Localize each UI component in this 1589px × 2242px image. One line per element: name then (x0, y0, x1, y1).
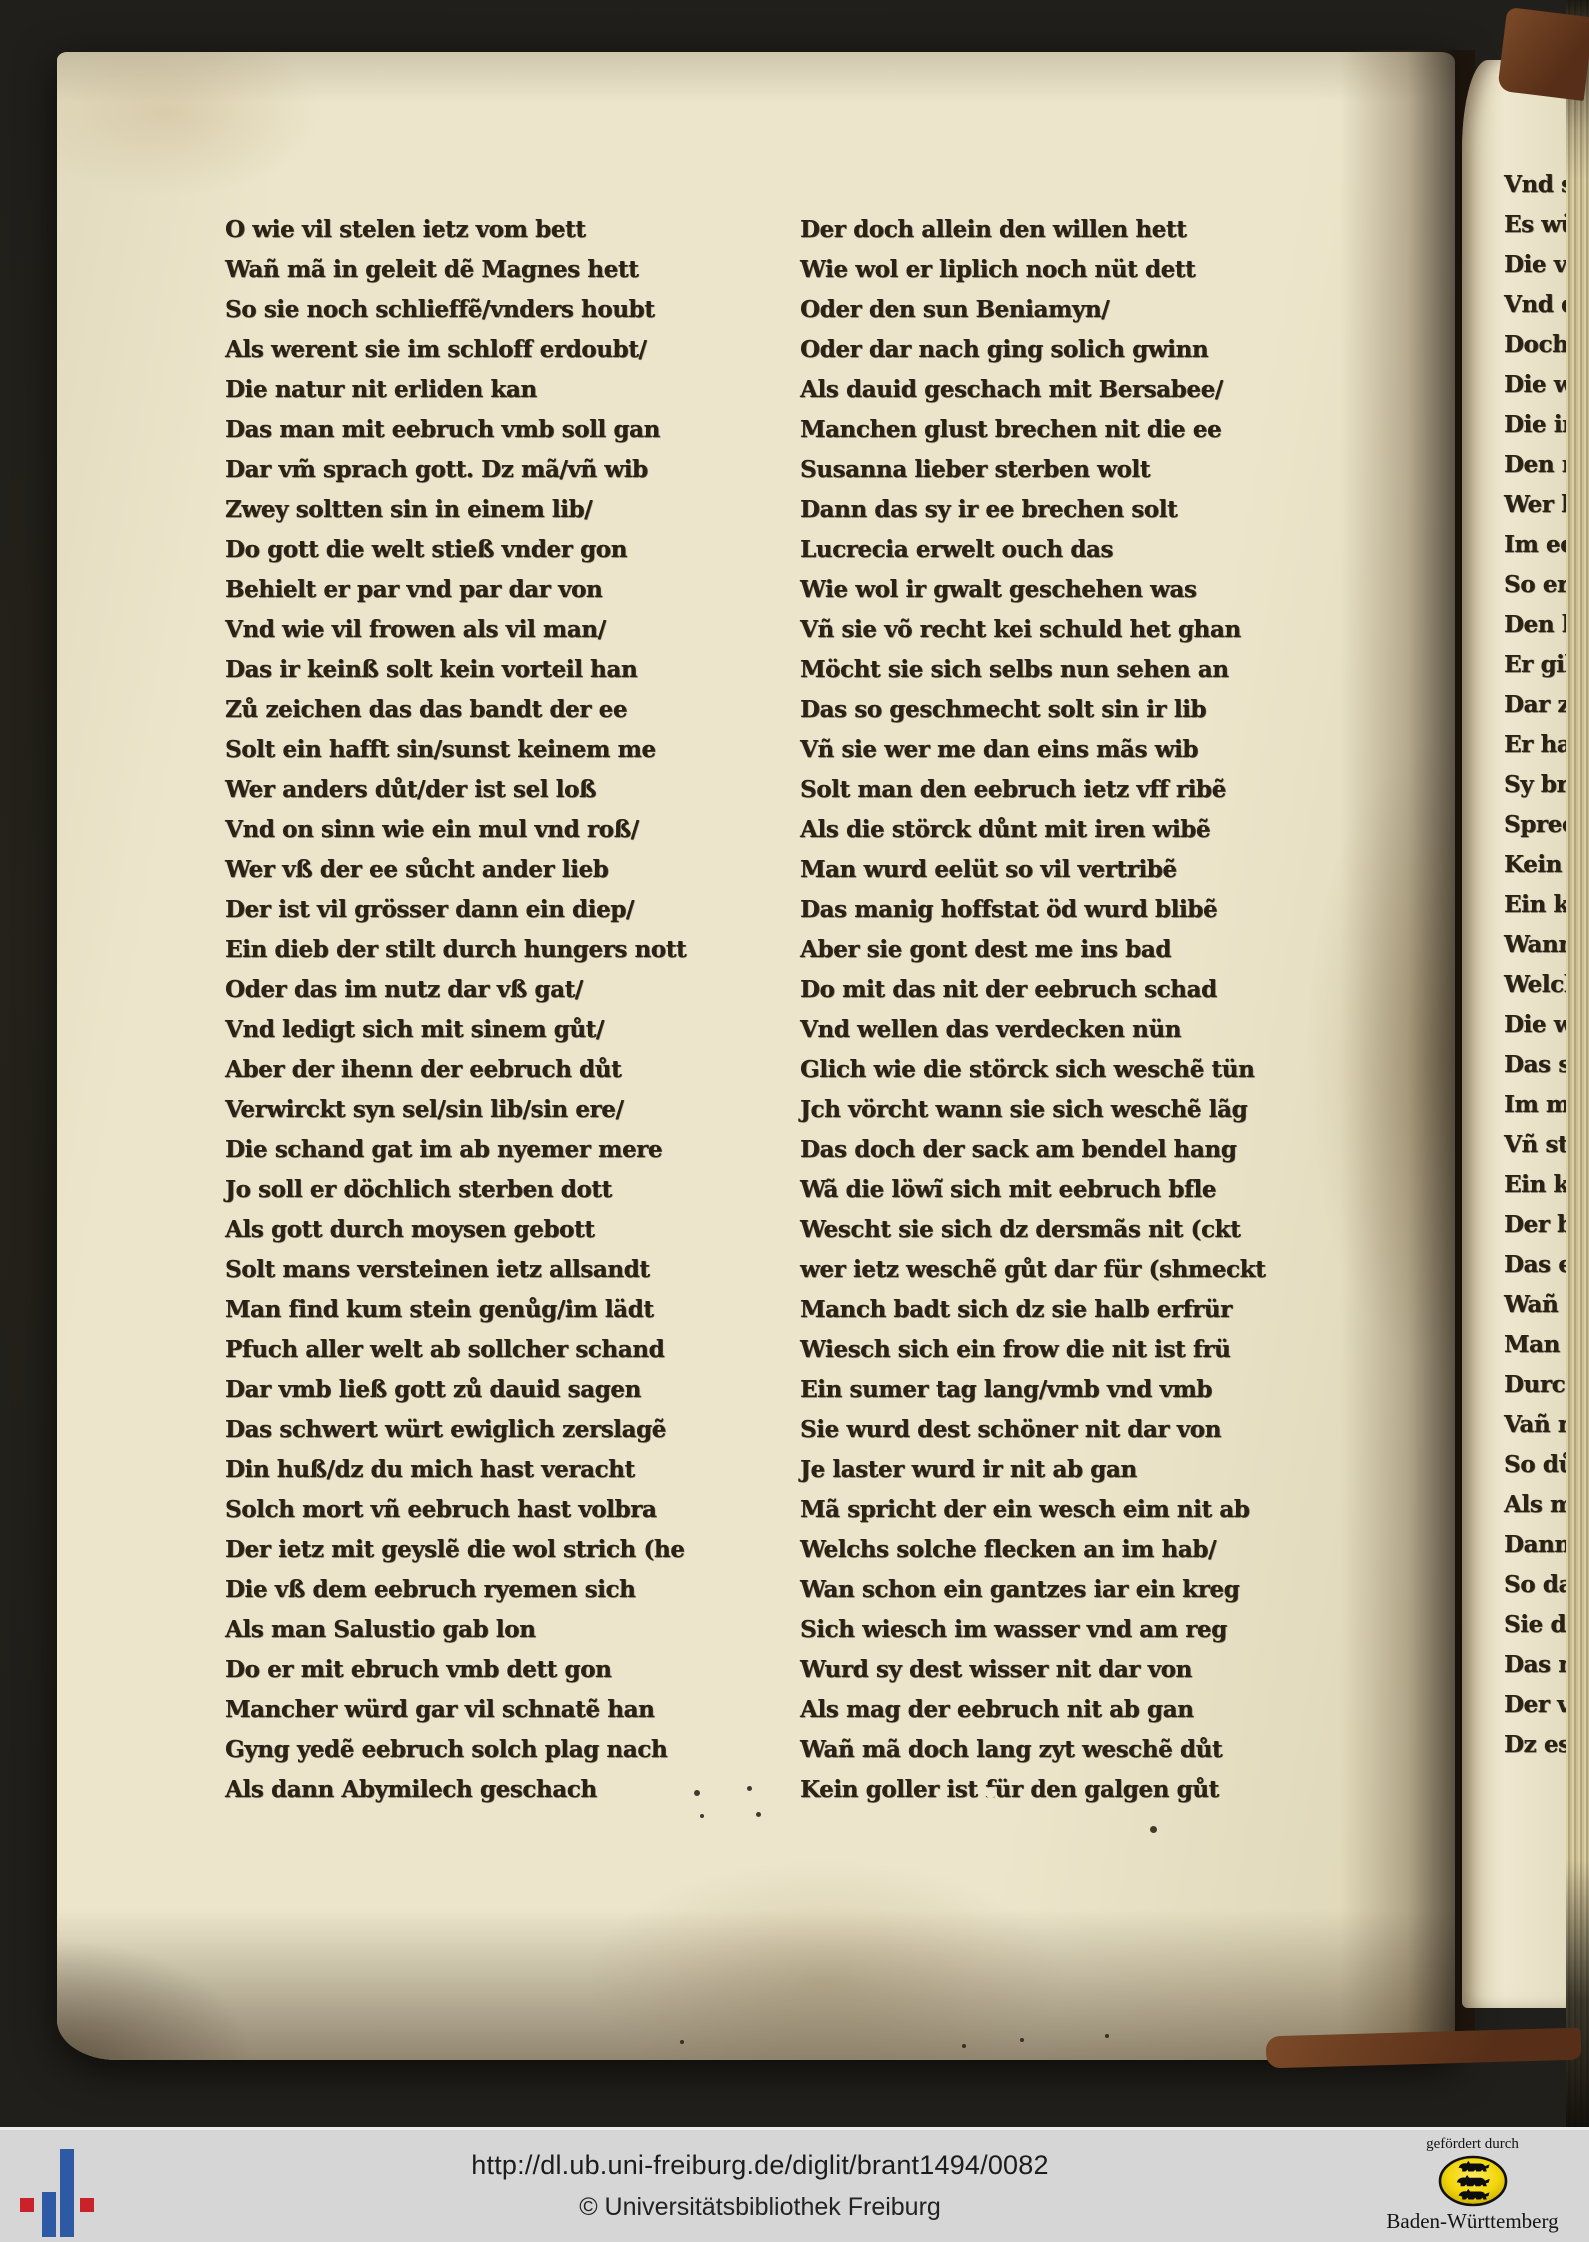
verse-line: Die natur nit erliden kan (225, 370, 686, 410)
verse-line: Die vß dem eebruch ryemen sich (225, 1570, 686, 1610)
verse-line: Vnd ledigt sich mit sinem gůt/ (225, 1010, 686, 1050)
wormhole (1020, 2038, 1024, 2042)
verse-line: Solt man den eebruch ietz vff ribẽ (800, 770, 1265, 810)
verse-line: Zů zeichen das das bandt der ee (225, 690, 686, 730)
verse-line: Als dann Abymilech geschach (225, 1770, 686, 1810)
verse-line-fragment: Welch hat (1504, 965, 1568, 1005)
digitized-book-page: O wie vil stelen ietz vom bettWañ mã in … (0, 0, 1589, 2242)
verse-line: Jo soll er döchlich sterben dott (225, 1170, 686, 1210)
verse-line-fragment: Das sie ke (1504, 1045, 1568, 1085)
verse-line: Manch badt sich dz sie halb erfrür (800, 1290, 1265, 1330)
wormhole (680, 2040, 684, 2044)
verse-line: Je laster wurd ir nit ab gan (800, 1450, 1265, 1490)
verse-line-fragment: Kein liebe (1504, 845, 1568, 885)
verse-line: Susanna lieber sterben wolt (800, 450, 1265, 490)
wormhole (747, 1786, 752, 1791)
verse-line-fragment: Er gibt ir (1504, 645, 1568, 685)
right-page-text-fragments: Vnd spEs würDie vörchVnd daDoch mãDie we… (1504, 165, 1568, 1765)
source-url: http://dl.ub.uni-freiburg.de/diglit/bran… (60, 2150, 1460, 2181)
verse-line: Vñ sie võ recht kei schuld het ghan (800, 610, 1265, 650)
verse-line: Wã die löwĩ sich mit eebruch bfle (800, 1170, 1265, 1210)
verse-line: Zwey soltten sin in einem lib/ (225, 490, 686, 530)
verse-line: Vnd wellen das verdecken nün (800, 1010, 1265, 1050)
verse-line: Sie wurd dest schöner nit dar von (800, 1410, 1265, 1450)
verse-line-fragment: Vnd sp (1504, 165, 1568, 205)
verse-line-fragment: Vñ stelt da (1504, 1125, 1568, 1165)
wormhole (1150, 1826, 1157, 1833)
page-stack-fore-edge (1566, 0, 1589, 2127)
verse-line: Als werent sie im schloff erdoubt/ (225, 330, 686, 370)
verse-line-fragment: Die im (1504, 405, 1568, 445)
footer-bar: http://dl.ub.uni-freiburg.de/diglit/bran… (0, 2127, 1589, 2242)
verse-line-fragment: Wer lyd (1504, 485, 1568, 525)
verse-line: Ein dieb der stilt durch hungers nott (225, 930, 686, 970)
left-page-column-2: Der doch allein den willen hettWie wol e… (800, 210, 1265, 1810)
verse-line-fragment: Dann sie m (1504, 1525, 1568, 1565)
verse-line-fragment: Die vörch (1504, 245, 1568, 285)
verse-line: Als mag der eebruch nit ab gan (800, 1690, 1265, 1730)
verse-line: wer ietz weschẽ gůt dar für (shmeckt (800, 1250, 1265, 1290)
verse-line: Welchs solche flecken an im hab/ (800, 1530, 1265, 1570)
verse-line: Ein sumer tag lang/vmb vnd vmb (800, 1370, 1265, 1410)
verse-line: Kein goller ist für den galgen gůt (800, 1770, 1265, 1810)
funding-block: gefördert durch Baden-Württemberg (1380, 2136, 1565, 2234)
verse-line: Aber sie gont dest me ins bad (800, 930, 1265, 970)
verse-line-fragment: Sprech zu (1504, 805, 1568, 845)
verse-line-fragment: Im mitt w (1504, 1085, 1568, 1125)
wormhole (1105, 2034, 1109, 2038)
wormhole (700, 1814, 704, 1818)
verse-line: Wie wol er liplich noch nüt dett (800, 250, 1265, 290)
verse-line: Solch mort vñ eebruch hast volbra (225, 1490, 686, 1530)
verse-line: Wañ mã doch lang zyt weschẽ důt (800, 1730, 1265, 1770)
verse-line: Möcht sie sich selbs nun sehen an (800, 650, 1265, 690)
verse-line-fragment: Sie důnt d (1504, 1605, 1568, 1645)
verse-line: Vñ sie wer me dan eins mãs wib (800, 730, 1265, 770)
verse-line: Das manig hoffstat öd wurd blibẽ (800, 890, 1265, 930)
verse-line-fragment: Man stelt (1504, 1325, 1568, 1365)
verse-line: Wescht sie sich dz dersmãs nit (ckt (800, 1210, 1265, 1250)
verse-line: Oder den sun Beniamyn/ (800, 290, 1265, 330)
binding-leather-top (1497, 7, 1589, 101)
verse-line-fragment: So darff m (1504, 1565, 1568, 1605)
verse-line-fragment: So důt m (1504, 1445, 1568, 1485)
verse-line: Der ietz mit geyslẽ die wol strich (he (225, 1530, 686, 1570)
verse-line-fragment: Durch ein (1504, 1365, 1568, 1405)
verse-line: Vnd wie vil frowen als vil man/ (225, 610, 686, 650)
verse-line-fragment: Das man o (1504, 1645, 1568, 1685)
verse-line: Die schand gat im ab nyemer mere (225, 1130, 686, 1170)
verse-line-fragment: Den müß (1504, 445, 1568, 485)
verse-line: Der ist vil grösser dann ein diep/ (225, 890, 686, 930)
verse-line: Das man mit eebruch vmb soll gan (225, 410, 686, 450)
verse-line-fragment: Sy bring (1504, 765, 1568, 805)
verse-line-fragment: Wann sie (1504, 925, 1568, 965)
verse-line: Der doch allein den willen hett (800, 210, 1265, 250)
verse-line: Wañ mã in geleit dẽ Magnes hett (225, 250, 686, 290)
verse-line-fragment: Die würt s (1504, 1005, 1568, 1045)
verse-line: Wie wol ir gwalt geschehen was (800, 570, 1265, 610)
verse-line: Lucrecia erwelt ouch das (800, 530, 1265, 570)
citation-block: http://dl.ub.uni-freiburg.de/diglit/bran… (60, 2130, 1460, 2222)
verse-line: Dar vmb ließ gott zů dauid sagen (225, 1370, 686, 1410)
verse-line: Mancher würd gar vil schnatẽ han (225, 1690, 686, 1730)
wormhole (985, 1787, 996, 1798)
funding-region: Baden-Württemberg (1380, 2209, 1565, 2234)
verse-line: Oder dar nach ging solich gwinn (800, 330, 1265, 370)
verse-line: Solt mans versteinen ietz allsandt (225, 1250, 686, 1290)
verse-line: So sie noch schlieffẽ/vnders houbt (225, 290, 686, 330)
verse-line: Man find kum stein genůg/im lädt (225, 1290, 686, 1330)
verse-line: Als dauid geschach mit Bersabee/ (800, 370, 1265, 410)
verse-line: Wer vß der ee sůcht ander lieb (225, 850, 686, 890)
verse-line: Wurd sy dest wisser nit dar von (800, 1650, 1265, 1690)
verse-line: Glich wie die störck sich weschẽ tün (800, 1050, 1265, 1090)
wormhole (694, 1790, 700, 1796)
verse-line: Als man Salustio gab lon (225, 1610, 686, 1650)
verse-line: Das so geschmecht solt sin ir lib (800, 690, 1265, 730)
logo-square-red-left (20, 2198, 34, 2212)
verse-line: Manchen glust brechen nit die ee (800, 410, 1265, 450)
verse-line-fragment: Den halt (1504, 605, 1568, 645)
verse-line: Als gott durch moysen gebott (225, 1210, 686, 1250)
wormhole (756, 1812, 761, 1817)
verse-line: Oder das im nutz dar vß gat/ (225, 970, 686, 1010)
verse-line-fragment: Wañ er vff (1504, 1285, 1568, 1325)
funding-label: gefördert durch (1380, 2136, 1565, 2153)
verse-line: Din huß/dz du mich hast veracht (225, 1450, 686, 1490)
verse-line: Das doch der sack am bendel hang (800, 1130, 1265, 1170)
verse-line-fragment: Doch mã (1504, 325, 1568, 365)
copyright-line: © Universitätsbibliothek Freiburg (60, 2193, 1460, 2222)
left-page-column-1: O wie vil stelen ietz vom bettWañ mã in … (225, 210, 686, 1810)
verse-line: Mã spricht der ein wesch eim nit ab (800, 1490, 1265, 1530)
verse-line: Verwirckt syn sel/sin lib/sin ere/ (225, 1090, 686, 1130)
wormhole (962, 2044, 966, 2048)
verse-line-fragment: So er da (1504, 565, 1568, 605)
verse-line-fragment: Vañ mã d (1504, 1405, 1568, 1445)
verse-line: Solt ein hafft sin/sunst keinem me (225, 730, 686, 770)
verse-line: Gyng yedẽ eebruch solch plag nach (225, 1730, 686, 1770)
verse-line: Behielt er par vnd par dar von (225, 570, 686, 610)
verse-line-fragment: Ein kremer (1504, 1165, 1568, 1205)
verse-line: Sich wiesch im wasser vnd am reg (800, 1610, 1265, 1650)
baden-wuerttemberg-coat-of-arms-icon (1438, 2155, 1508, 2207)
verse-line: Wiesch sich ein frow die nit ist frü (800, 1330, 1265, 1370)
logo-bar-blue-short (42, 2192, 56, 2237)
verse-line-fragment: Er hab mi (1504, 725, 1568, 765)
verse-line-fragment: Es wür (1504, 205, 1568, 245)
verse-line-fragment: Die welh (1504, 365, 1568, 405)
verse-line: Wan schon ein gantzes iar ein kreg (800, 1570, 1265, 1610)
verse-line: Do mit das nit der eebruch schad (800, 970, 1265, 1010)
verse-line: Do er mit ebruch vmb dett gon (225, 1650, 686, 1690)
verse-line-fragment: Dz es gar so (1504, 1725, 1568, 1765)
verse-line: Jch vörcht wann sie sich weschẽ lãg (800, 1090, 1265, 1130)
verse-line: Als die störck důnt mit iren wibẽ (800, 810, 1265, 850)
verse-line: O wie vil stelen ietz vom bett (225, 210, 686, 250)
right-page-edge: Vnd spEs würDie vörchVnd daDoch mãDie we… (1462, 60, 1568, 2008)
left-page: O wie vil stelen ietz vom bettWañ mã in … (57, 52, 1455, 2060)
verse-line: Pfuch aller welt ab sollcher schand (225, 1330, 686, 1370)
verse-line: Dann das sy ir ee brechen solt (800, 490, 1265, 530)
verse-line: Man wurd eelüt so vil vertribẽ (800, 850, 1265, 890)
verse-line-fragment: Dar zů di (1504, 685, 1568, 725)
verse-line: Wer anders důt/der ist sel loß (225, 770, 686, 810)
verse-line-fragment: Ein katz d (1504, 885, 1568, 925)
verse-line: Das ir keinß solt kein vorteil han (225, 650, 686, 690)
verse-line-fragment: Als mag m (1504, 1485, 1568, 1525)
verse-line-fragment: Der byndt (1504, 1205, 1568, 1245)
verse-line-fragment: Das einer (1504, 1245, 1568, 1285)
verse-line: Do gott die welt stieß vnder gon (225, 530, 686, 570)
verse-line: Das schwert würt ewiglich zerslagẽ (225, 1410, 686, 1450)
verse-line: Aber der ihenn der eebruch důt (225, 1050, 686, 1090)
verse-line-fragment: Vnd da (1504, 285, 1568, 325)
verse-line-fragment: Im eebru (1504, 525, 1568, 565)
verse-line-fragment: Der vm̃ m (1504, 1685, 1568, 1725)
verse-line: Vnd on sinn wie ein mul vnd roß/ (225, 810, 686, 850)
verse-line: Dar vm̃ sprach gott. Dz mã/vñ wib (225, 450, 686, 490)
